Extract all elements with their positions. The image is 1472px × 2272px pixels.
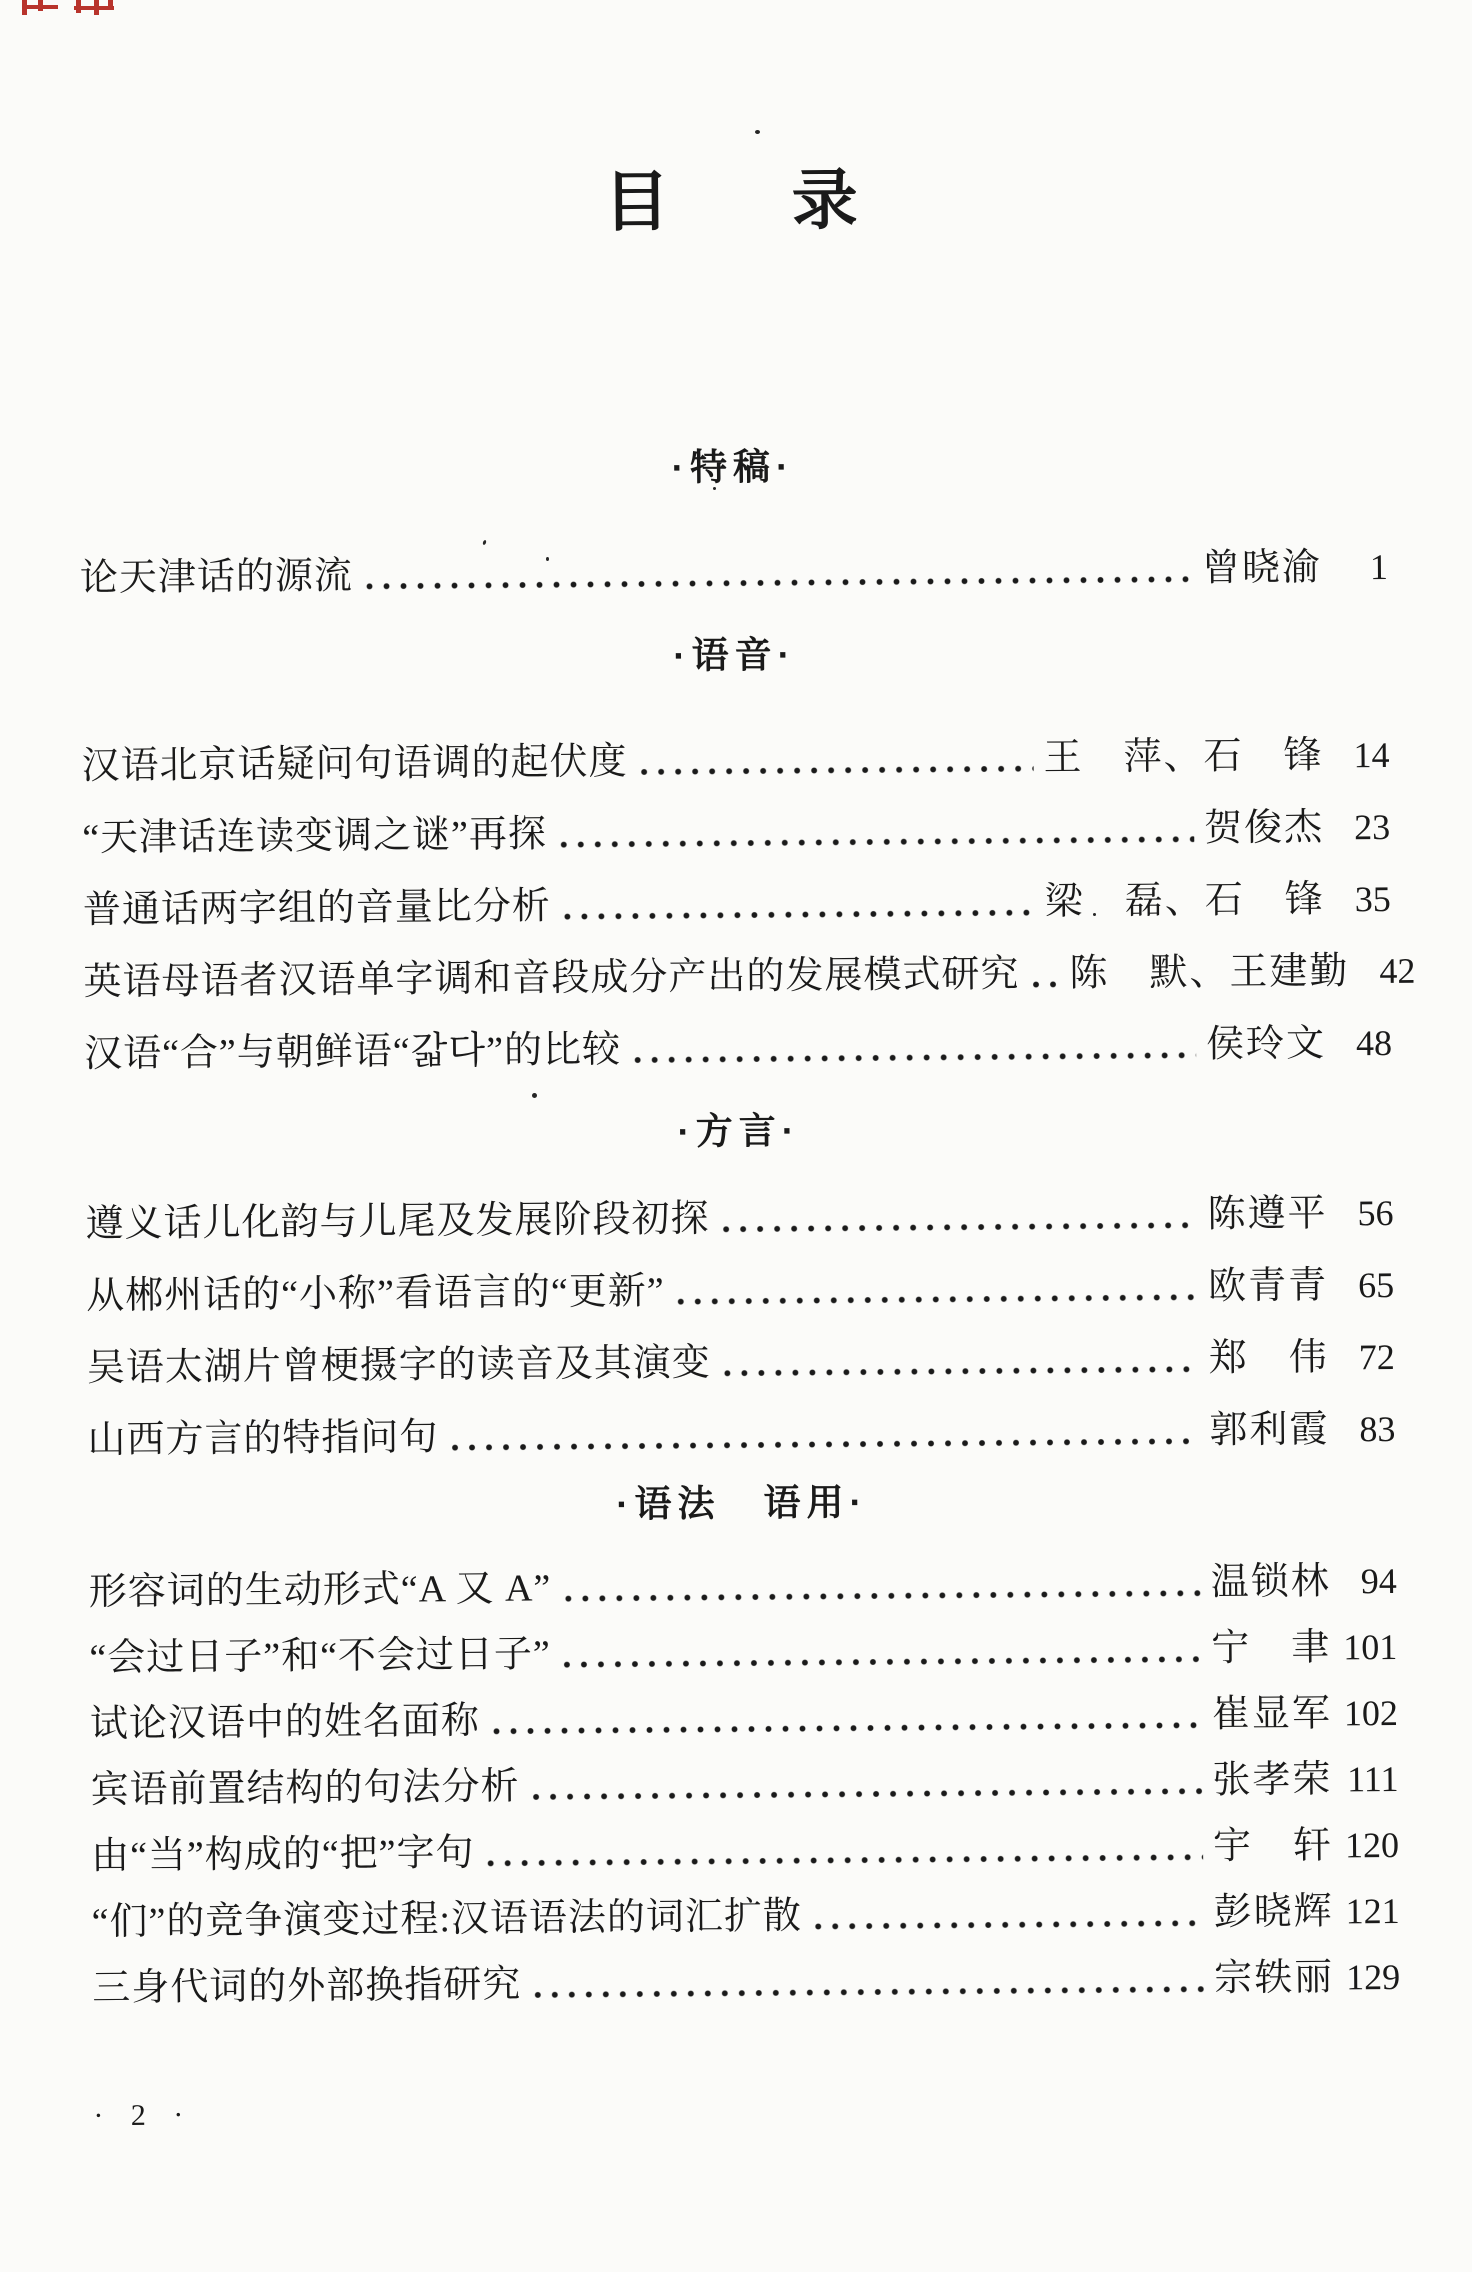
toc-entry: 论天津话的源流 曾晓渝 1 <box>80 542 1388 603</box>
section-header: ·语音· <box>80 628 1388 683</box>
entry-title: 汉语“合”与朝鲜语“갋다”的比较 <box>84 1025 621 1080</box>
entry-author: 宇 轩 <box>1213 1820 1333 1871</box>
dot-leader <box>814 1919 1204 1931</box>
entry-author: 张孝荣 <box>1212 1755 1332 1806</box>
stamp-stroke <box>74 6 114 10</box>
toc-page: 目 录 ·特稿· 论天津话的源流 曾晓渝 1 ·语音· 汉语北京话疑问句语调的起… <box>0 0 1472 2272</box>
entry-page-number: 14 <box>1323 730 1389 781</box>
entry-title: 英语母语者汉语单字调和音段成分产出的发展模式研究 <box>83 949 1019 1007</box>
toc-entry: 形容词的生动形式“A 又 A” 温锁林 94 <box>89 1556 1397 1617</box>
dot-leader <box>640 764 1034 776</box>
entry-author: 侯玲文 <box>1206 1019 1326 1070</box>
dot-leader <box>533 1985 1204 2000</box>
entry-author: 陈遵平 <box>1207 1189 1327 1240</box>
entry-author: 宗轶丽 <box>1214 1952 1334 2003</box>
entry-title: 论天津话的源流 <box>80 551 353 603</box>
entry-author: 郭利霞 <box>1209 1405 1329 1456</box>
dot-leader <box>532 1787 1203 1802</box>
entry-title: “会过日子”和“不会过日子” <box>89 1629 551 1683</box>
page-number-footer: · 2 · <box>93 2088 1401 2133</box>
toc-entry: 山西方言的特指问句 郭利霞 83 <box>87 1404 1395 1465</box>
entry-author: 王 萍、石 锋 <box>1043 731 1323 783</box>
toc-section: ·方言· 遵义话儿化韵与儿尾及发展阶段初探 陈遵平 56 从郴州话的“小称”看语… <box>85 1104 1396 1465</box>
entry-author: 彭晓辉 <box>1213 1886 1333 1937</box>
dot-leader <box>563 908 1035 921</box>
entry-title: 试论汉语中的姓名面称 <box>90 1696 480 1749</box>
entry-title: 普通话两字组的音量比分析 <box>83 881 551 935</box>
section-entries: 汉语北京话疑问句语调的起伏度 王 萍、石 锋 14 “天津话连读变调之谜”再探 … <box>81 730 1392 1079</box>
entry-page-number: 56 <box>1327 1188 1393 1239</box>
dot-leader <box>492 1721 1202 1736</box>
toc-entry: 汉语北京话疑问句语调的起伏度 王 萍、石 锋 14 <box>81 730 1389 791</box>
entry-page-number: 121 <box>1333 1886 1399 1937</box>
toc-entry: “会过日子”和“不会过日子” 宁 聿 101 <box>89 1622 1397 1683</box>
entry-page-number: 94 <box>1331 1556 1397 1607</box>
entry-page-number: 72 <box>1329 1332 1395 1383</box>
toc-entry: “们”的竞争演变过程:汉语语法的词汇扩散 彭晓辉 121 <box>91 1886 1399 1947</box>
entry-title: 汉语北京话疑问句语调的起伏度 <box>81 737 627 792</box>
dot-leader <box>677 1293 1199 1307</box>
toc-section: ·语法 语用· 形容词的生动形式“A 又 A” 温锁林 94 “会过日子”和“不… <box>88 1476 1401 2013</box>
entry-page-number: 23 <box>1324 802 1390 853</box>
entry-title: 宾语前置结构的句法分析 <box>90 1762 519 1816</box>
toc-entry: 英语母语者汉语单字调和音段成分产出的发展模式研究 陈 默、王建勤 42 <box>83 946 1391 1007</box>
entry-author: 曾晓渝 <box>1202 543 1322 594</box>
entry-title: 从郴州话的“小称”看语言的“更新” <box>86 1266 665 1321</box>
entry-title: “们”的竞争演变过程:汉语语法的词汇扩散 <box>91 1891 802 1947</box>
entry-title: 形容词的生动形式“A 又 A” <box>89 1563 552 1617</box>
entry-title: 遵义话儿化韵与儿尾及发展阶段初探 <box>85 1194 709 1249</box>
stamp-stroke <box>22 5 58 9</box>
entry-author: 贺俊杰 <box>1204 803 1324 854</box>
entry-title: “天津话连读变调之谜”再探 <box>82 809 547 863</box>
entry-author: 温锁林 <box>1211 1557 1331 1608</box>
entry-author: 欧青青 <box>1208 1261 1328 1312</box>
toc-entry: 汉语“合”与朝鲜语“갋다”的比较 侯玲文 48 <box>84 1018 1392 1079</box>
dot-leader <box>1031 980 1059 989</box>
entry-page-number: 35 <box>1325 874 1391 925</box>
entry-title: 由“当”构成的“把”字句 <box>91 1828 475 1881</box>
entry-author: 梁 磊、石 锋 <box>1045 875 1325 927</box>
scan-speck <box>755 130 760 134</box>
toc-entry: 遵义话儿化韵与儿尾及发展阶段初探 陈遵平 56 <box>85 1188 1393 1249</box>
toc-sections: ·特稿· 论天津话的源流 曾晓渝 1 ·语音· 汉语北京话疑问句语调的起伏度 王… <box>79 440 1401 2013</box>
dot-leader <box>365 575 1192 591</box>
dot-leader <box>487 1853 1204 1868</box>
entry-page-number: 42 <box>1349 946 1415 997</box>
dot-leader <box>723 1365 1199 1378</box>
dot-leader <box>633 1051 1196 1065</box>
entry-title: 三身代词的外部换指研究 <box>92 1960 521 2014</box>
entry-page-number: 120 <box>1333 1820 1399 1871</box>
red-ink-stamp-fragment <box>22 0 62 16</box>
entry-title: 山西方言的特指问句 <box>87 1412 438 1465</box>
toc-entry: 普通话两字组的音量比分析 梁 磊、石 锋 35 <box>83 874 1391 935</box>
toc-entry: 由“当”构成的“把”字句 宇 轩 120 <box>91 1820 1399 1881</box>
entry-author: 崔显军 <box>1212 1689 1332 1740</box>
toc-entry: 从郴州话的“小称”看语言的“更新” 欧青青 65 <box>86 1260 1394 1321</box>
toc-entry: 试论汉语中的姓名面称 崔显军 102 <box>90 1688 1398 1749</box>
section-entries: 论天津话的源流 曾晓渝 1 <box>80 542 1388 603</box>
entry-page-number: 102 <box>1332 1688 1398 1739</box>
section-entries: 遵义话儿化韵与儿尾及发展阶段初探 陈遵平 56 从郴州话的“小称”看语言的“更新… <box>85 1188 1395 1465</box>
entry-page-number: 111 <box>1332 1754 1398 1805</box>
toc-entry: 宾语前置结构的句法分析 张孝荣 111 <box>90 1754 1398 1815</box>
toc-section: ·特稿· 论天津话的源流 曾晓渝 1 <box>79 440 1388 603</box>
entry-author: 郑 伟 <box>1209 1333 1329 1384</box>
entry-page-number: 101 <box>1331 1622 1397 1673</box>
entry-page-number: 1 <box>1322 542 1388 593</box>
entry-author: 宁 聿 <box>1211 1623 1331 1674</box>
entry-title: 吴语太湖片曾梗摄字的读音及其演变 <box>87 1338 711 1393</box>
entry-page-number: 65 <box>1328 1260 1394 1311</box>
page-title: 目 录 <box>76 164 1385 241</box>
toc-content: 目 录 ·特稿· 论天津话的源流 曾晓渝 1 ·语音· 汉语北京话疑问句语调的起… <box>0 163 1472 2134</box>
section-entries: 形容词的生动形式“A 又 A” 温锁林 94 “会过日子”和“不会过日子” 宁 … <box>89 1556 1401 2013</box>
entry-page-number: 129 <box>1334 1952 1400 2003</box>
toc-section: ·语音· 汉语北京话疑问句语调的起伏度 王 萍、石 锋 14 “天津话连读变调之… <box>80 628 1392 1079</box>
entry-page-number: 83 <box>1329 1404 1395 1455</box>
toc-entry: 吴语太湖片曾梗摄字的读音及其演变 郑 伟 72 <box>87 1332 1395 1393</box>
red-ink-stamp-fragment <box>74 0 116 16</box>
dot-leader <box>559 835 1194 850</box>
toc-entry: “天津话连读变调之谜”再探 贺俊杰 23 <box>82 802 1390 863</box>
section-header: ·方言· <box>85 1104 1393 1159</box>
entry-page-number: 48 <box>1326 1018 1392 1069</box>
section-header: ·语法 语用· <box>88 1476 1396 1531</box>
dot-leader <box>722 1221 1198 1234</box>
toc-entry: 三身代词的外部换指研究 宗轶丽 129 <box>92 1952 1400 2013</box>
dot-leader <box>563 1655 1202 1670</box>
dot-leader <box>563 1589 1201 1604</box>
dot-leader <box>451 1437 1200 1453</box>
section-header: ·特稿· <box>79 440 1387 495</box>
entry-author: 陈 默、王建勤 <box>1069 946 1349 998</box>
